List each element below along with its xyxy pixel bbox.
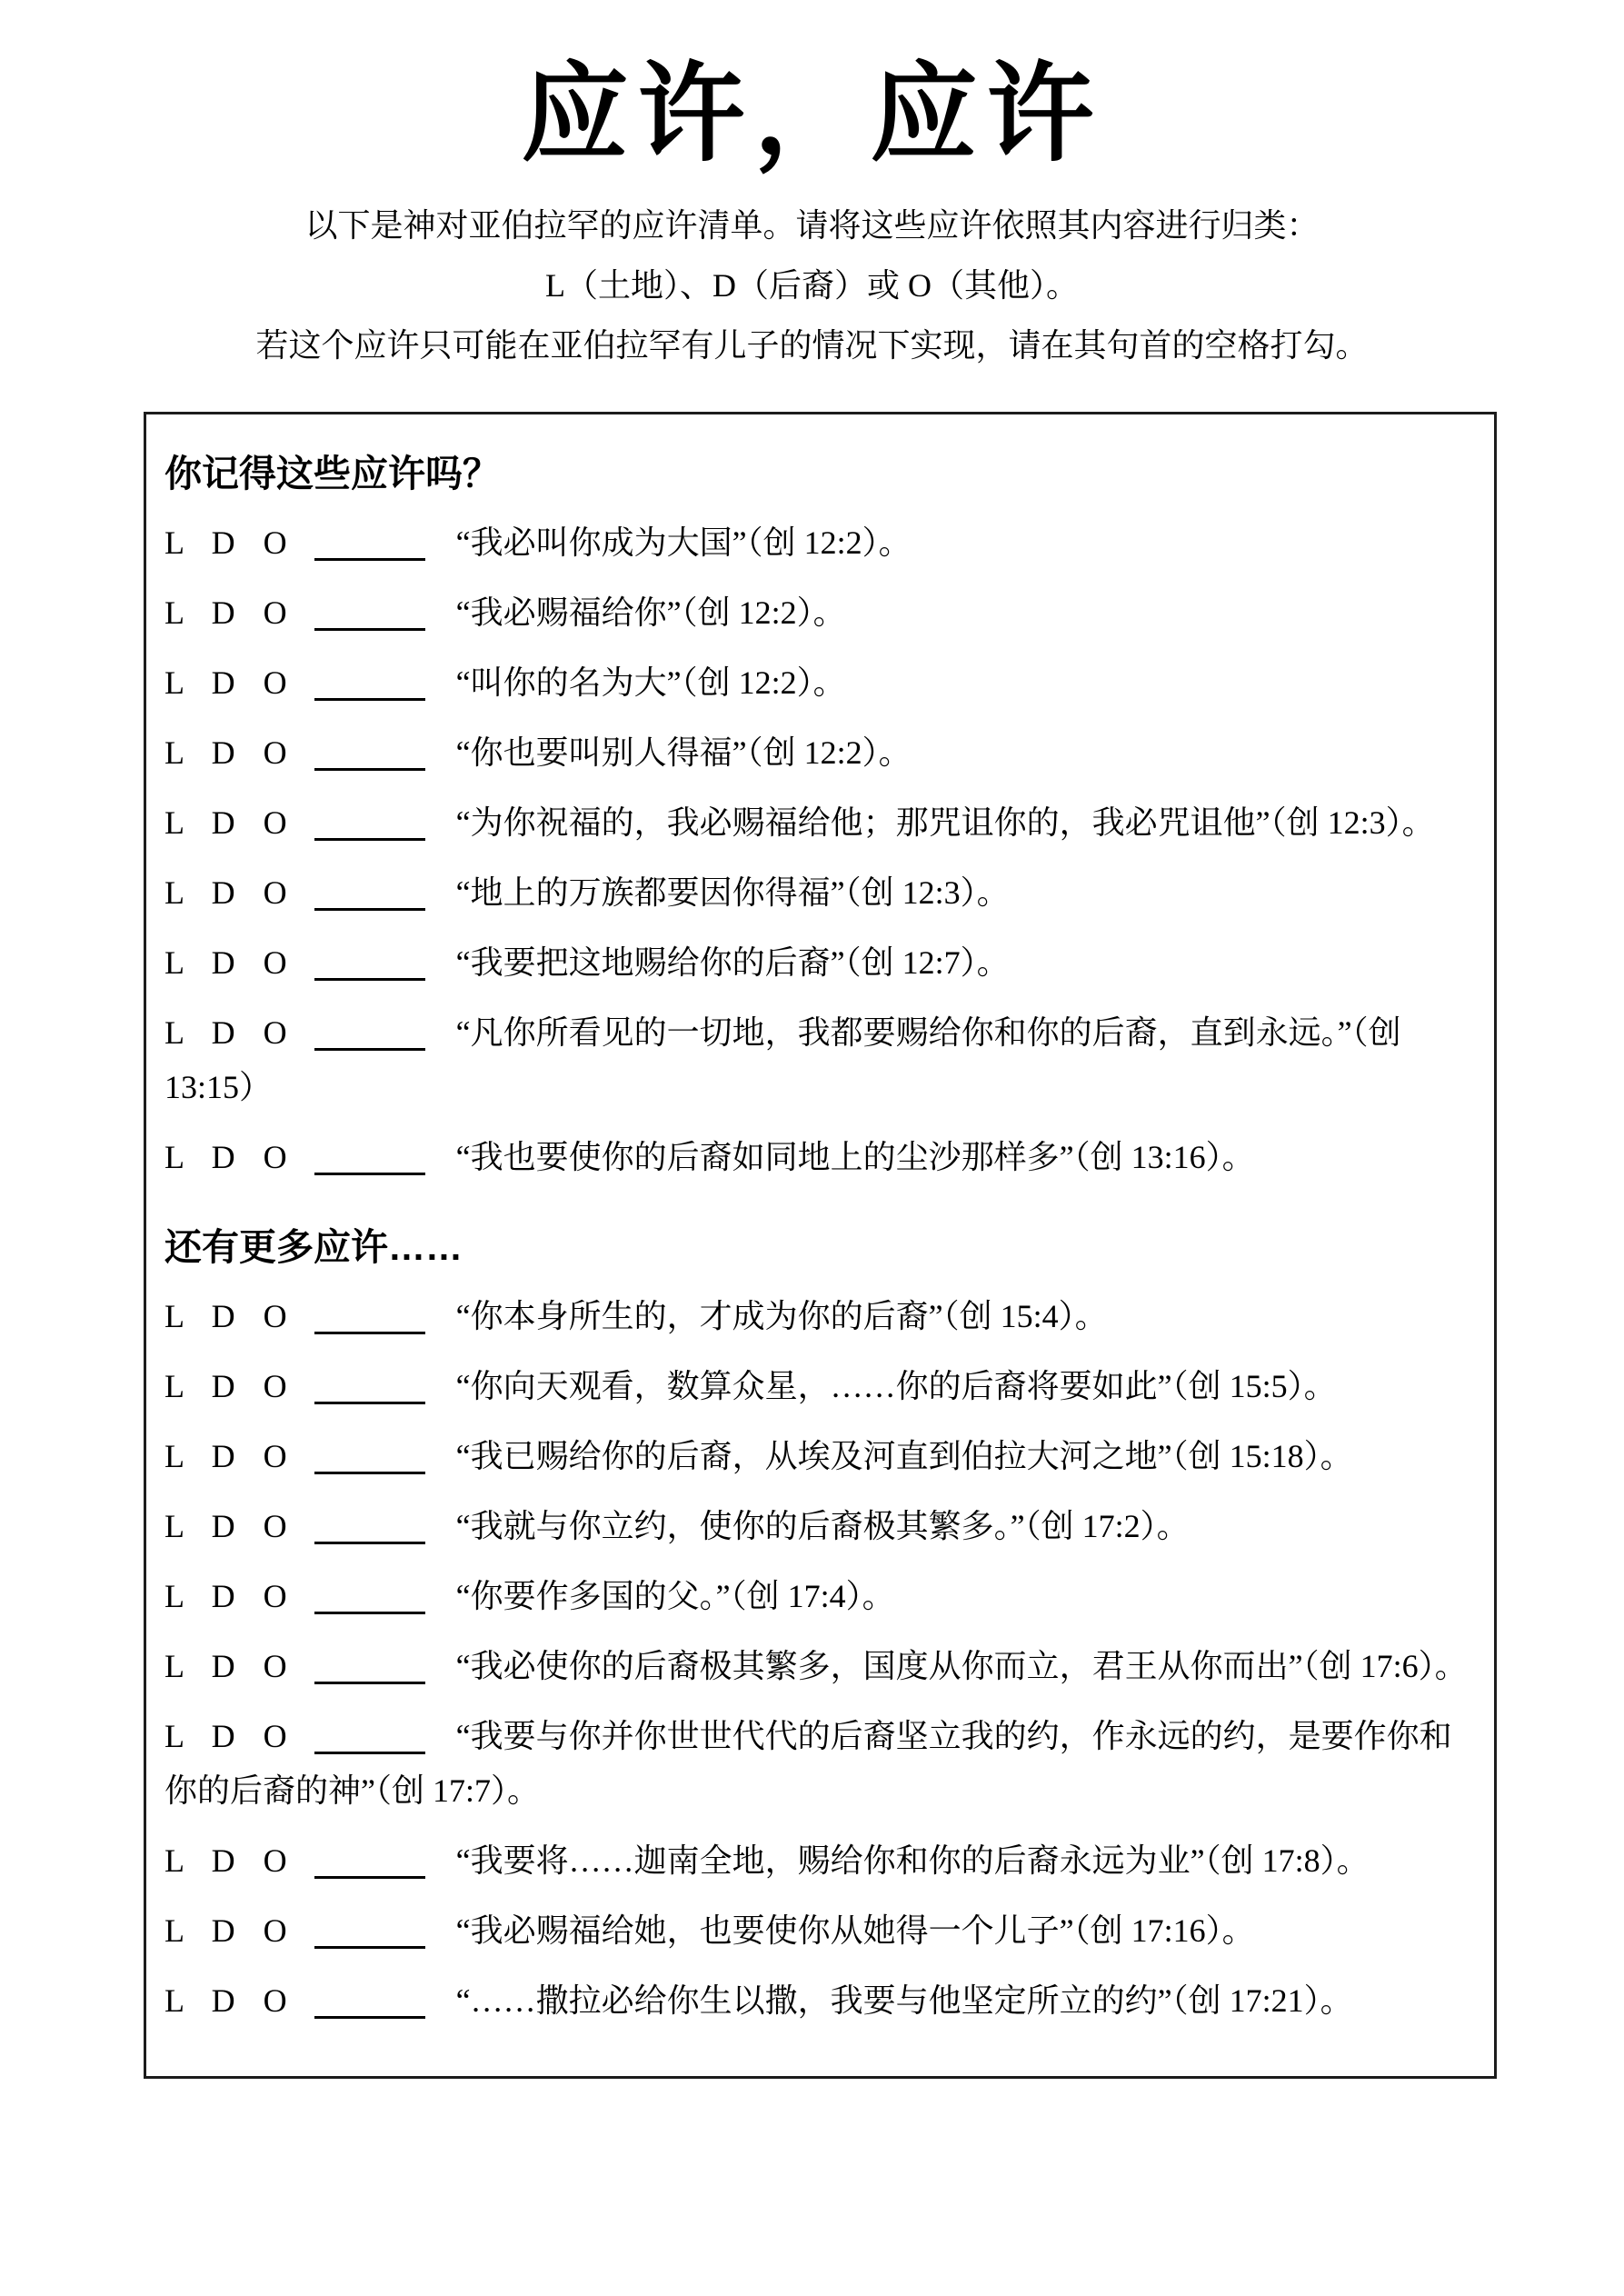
answer-blank[interactable]: [314, 1472, 425, 1474]
category-letters[interactable]: L D O: [164, 1648, 287, 1684]
promise-text: “你也要叫别人得福”（创 12:2）。: [456, 734, 912, 771]
answer-blank[interactable]: [314, 1402, 425, 1404]
instruction-line-1: 以下是神对亚伯拉罕的应许清单。请将这些应许依照其内容进行归类：: [0, 195, 1624, 255]
promise-text: “凡你所看见的一切地，我都要赐给你和你的后裔，直到永远。”（创 13:15）: [164, 1014, 1401, 1105]
answer-blank[interactable]: [314, 1173, 425, 1175]
promise-item-11: L D O“你向天观看，数算众星，……你的后裔将要如此”（创 15:5）。: [164, 1359, 1472, 1413]
instructions: 以下是神对亚伯拉罕的应许清单。请将这些应许依照其内容进行归类： L（土地）、D（…: [0, 195, 1624, 375]
category-letters[interactable]: L D O: [164, 1139, 287, 1175]
promise-item-9: L D O“我也要使你的后裔如同地上的尘沙那样多”（创 13:16）。: [164, 1130, 1472, 1184]
promise-item-6: L D O“地上的万族都要因你得福”（创 12:3）。: [164, 865, 1472, 920]
promise-text: “叫你的名为大”（创 12:2）。: [456, 664, 846, 701]
category-letters[interactable]: L D O: [164, 1982, 287, 2019]
promise-item-8: L D O“凡你所看见的一切地，我都要赐给你和你的后裔，直到永远。”（创 13:…: [164, 1005, 1472, 1114]
answer-blank[interactable]: [314, 558, 425, 561]
promise-text: “地上的万族都要因你得福”（创 12:3）。: [456, 874, 1010, 911]
category-letters[interactable]: L D O: [164, 664, 287, 701]
answer-blank[interactable]: [314, 1542, 425, 1544]
promise-item-2: L D O“我必赐福给你”（创 12:2）。: [164, 585, 1472, 640]
category-letters[interactable]: L D O: [164, 804, 287, 841]
answer-blank[interactable]: [314, 1752, 425, 1754]
answer-blank[interactable]: [314, 1876, 425, 1879]
category-letters[interactable]: L D O: [164, 594, 287, 631]
answer-blank[interactable]: [314, 698, 425, 701]
answer-blank[interactable]: [314, 2016, 425, 2019]
promise-text: “为你祝福的，我必赐福给他；那咒诅你的，我必咒诅他”（创 12:3）。: [456, 804, 1435, 841]
section2-heading: 还有更多应许……: [164, 1221, 1472, 1273]
answer-blank[interactable]: [314, 1332, 425, 1334]
promise-text: “我必叫你成为大国”（创 12:2）。: [456, 524, 912, 561]
promise-item-12: L D O“我已赐给你的后裔，从埃及河直到伯拉大河之地”（创 15:18）。: [164, 1429, 1472, 1483]
category-letters[interactable]: L D O: [164, 1368, 287, 1404]
promise-item-4: L D O“你也要叫别人得福”（创 12:2）。: [164, 725, 1472, 780]
category-letters[interactable]: L D O: [164, 944, 287, 981]
category-letters[interactable]: L D O: [164, 734, 287, 771]
answer-blank[interactable]: [314, 1682, 425, 1684]
answer-blank[interactable]: [314, 1048, 425, 1051]
answer-blank[interactable]: [314, 838, 425, 841]
promise-text: “我要将……迦南全地，赐给你和你的后裔永远为业”（创 17:8）。: [456, 1842, 1370, 1879]
promise-text: “我要把这地赐给你的后裔”（创 12:7）。: [456, 944, 1010, 981]
promise-text: “我必赐福给你”（创 12:2）。: [456, 594, 846, 631]
promise-item-3: L D O“叫你的名为大”（创 12:2）。: [164, 655, 1472, 710]
category-letters[interactable]: L D O: [164, 1438, 287, 1474]
page-title: 应许，应许: [0, 0, 1624, 183]
instruction-line-3: 若这个应许只可能在亚伯拉罕有儿子的情况下实现，请在其句首的空格打勾。: [0, 315, 1624, 375]
answer-blank[interactable]: [314, 978, 425, 981]
promise-text: “我要与你并你世世代代的后裔坚立我的约，作永远的约，是要作你和你的后裔的神”（创…: [164, 1718, 1452, 1809]
category-letters[interactable]: L D O: [164, 1718, 287, 1754]
promise-text: “我就与你立约，使你的后裔极其繁多。”（创 17:2）。: [456, 1508, 1190, 1544]
promise-text: “我必使你的后裔极其繁多，国度从你而立，君王从你而出”（创 17:6）。: [456, 1648, 1468, 1684]
category-letters[interactable]: L D O: [164, 1578, 287, 1614]
section1-heading: 你记得这些应许吗？: [164, 447, 1472, 500]
category-letters[interactable]: L D O: [164, 524, 287, 561]
answer-blank[interactable]: [314, 1612, 425, 1614]
promise-text: “我已赐给你的后裔，从埃及河直到伯拉大河之地”（创 15:18）。: [456, 1438, 1353, 1474]
promise-text: “你向天观看，数算众星，……你的后裔将要如此”（创 15:5）。: [456, 1368, 1337, 1404]
promise-text: “我必赐福给她，也要使你从她得一个儿子”（创 17:16）。: [456, 1912, 1255, 1949]
promise-item-5: L D O“为你祝福的，我必赐福给他；那咒诅你的，我必咒诅他”（创 12:3）。: [164, 795, 1472, 850]
category-letters[interactable]: L D O: [164, 1014, 287, 1051]
instruction-line-2: L（土地）、D（后裔）或 O（其他）。: [0, 255, 1624, 315]
promise-item-15: L D O“我必使你的后裔极其繁多，国度从你而立，君王从你而出”（创 17:6）…: [164, 1639, 1472, 1693]
promise-item-10: L D O“你本身所生的，才成为你的后裔”（创 15:4）。: [164, 1289, 1472, 1343]
promise-item-19: L D O“……撒拉必给你生以撒，我要与他坚定所立的约”（创 17:21）。: [164, 1973, 1472, 2028]
promise-item-16: L D O“我要与你并你世世代代的后裔坚立我的约，作永远的约，是要作你和你的后裔…: [164, 1709, 1472, 1818]
answer-blank[interactable]: [314, 1946, 425, 1949]
promise-text: “我也要使你的后裔如同地上的尘沙那样多”（创 13:16）。: [456, 1139, 1255, 1175]
category-letters[interactable]: L D O: [164, 1508, 287, 1544]
category-letters[interactable]: L D O: [164, 874, 287, 911]
promise-item-1: L D O“我必叫你成为大国”（创 12:2）。: [164, 515, 1472, 570]
promise-item-7: L D O“我要把这地赐给你的后裔”（创 12:7）。: [164, 935, 1472, 990]
worksheet-box: 你记得这些应许吗？ L D O“我必叫你成为大国”（创 12:2）。 L D O…: [144, 412, 1497, 2079]
category-letters[interactable]: L D O: [164, 1842, 287, 1879]
category-letters[interactable]: L D O: [164, 1298, 287, 1334]
promise-text: “你本身所生的，才成为你的后裔”（创 15:4）。: [456, 1298, 1108, 1334]
answer-blank[interactable]: [314, 628, 425, 631]
worksheet-page: 应许，应许 以下是神对亚伯拉罕的应许清单。请将这些应许依照其内容进行归类： L（…: [0, 0, 1624, 2296]
promise-text: “……撒拉必给你生以撒，我要与他坚定所立的约”（创 17:21）。: [456, 1982, 1353, 2019]
answer-blank[interactable]: [314, 768, 425, 771]
category-letters[interactable]: L D O: [164, 1912, 287, 1949]
promise-item-14: L D O“你要作多国的父。”（创 17:4）。: [164, 1569, 1472, 1623]
promise-item-17: L D O“我要将……迦南全地，赐给你和你的后裔永远为业”（创 17:8）。: [164, 1833, 1472, 1888]
answer-blank[interactable]: [314, 908, 425, 911]
promise-item-13: L D O“我就与你立约，使你的后裔极其繁多。”（创 17:2）。: [164, 1499, 1472, 1553]
promise-text: “你要作多国的父。”（创 17:4）。: [456, 1578, 895, 1614]
promise-item-18: L D O“我必赐福给她，也要使你从她得一个儿子”（创 17:16）。: [164, 1903, 1472, 1958]
